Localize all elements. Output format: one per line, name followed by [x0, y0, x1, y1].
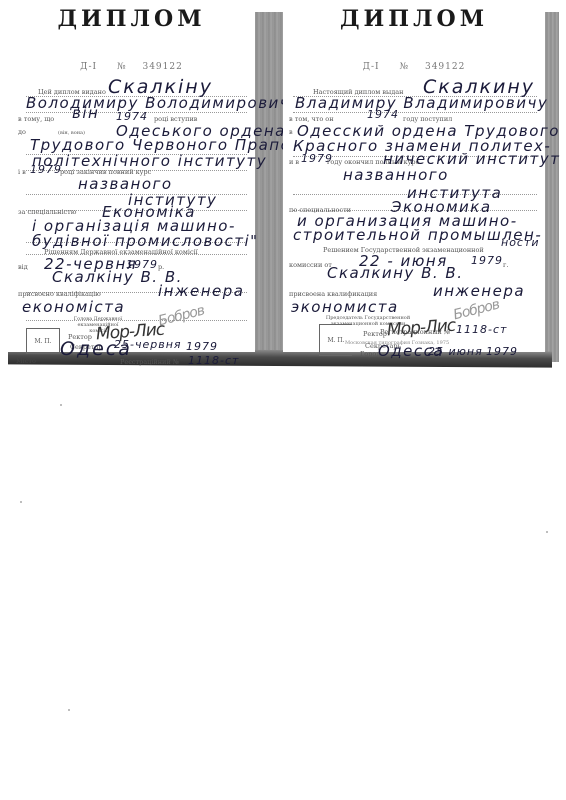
year-finished: 1979: [30, 163, 62, 176]
label-qualification: присвоена квалификация: [289, 290, 377, 298]
stamp-placeholder: М. П.: [26, 328, 60, 354]
registration-number-right: 1118-ст: [456, 323, 507, 336]
stamp-label: М. П.: [34, 338, 51, 345]
year-suffix: г.: [503, 261, 508, 269]
label-qualification: присвоєно кваліфікацію: [18, 290, 101, 298]
label-from: від: [18, 263, 28, 271]
diploma-page-ukrainian: ДИПЛОМ Д-I №349122 Цей диплом видано Ска…: [8, 0, 255, 352]
specialty-line-3b: ности: [501, 236, 540, 249]
scan-speck: [546, 531, 548, 533]
label-to: до: [18, 128, 26, 136]
diploma-serial: Д-I №349122: [8, 62, 255, 72]
number-label: №: [399, 62, 409, 72]
label-secretary: Секретар: [70, 343, 103, 351]
diploma-page-russian: ДИПЛОМ Д-I №349122 Настоящий диплом выда…: [283, 0, 545, 352]
diploma-title: ДИПЛОМ: [8, 6, 255, 32]
label-and-in: і в: [18, 168, 26, 176]
qualification-line-1: інженера: [158, 282, 244, 300]
year-entered: 1974: [367, 108, 399, 121]
number-label: №: [117, 62, 127, 72]
qualification-line-2: економіста: [22, 298, 125, 316]
recipient-given-names: Владимиру Владимировичу: [295, 94, 548, 112]
chairman-signature: Бобров: [452, 297, 501, 324]
label-from: комиссии от: [289, 261, 332, 269]
diploma-number: 349122: [425, 62, 465, 72]
qualification-line-1: инженера: [433, 282, 525, 300]
scan-speck: [68, 709, 70, 711]
printer-line: Московская типография Гознака, 1975: [345, 340, 449, 346]
label-specialty: за спеціальністю: [18, 208, 76, 216]
diploma-title: ДИПЛОМ: [283, 6, 545, 32]
qualification-line-2: экономиста: [291, 298, 399, 316]
stamp-label: М. П.: [327, 337, 344, 344]
diploma-number: 349122: [142, 62, 182, 72]
scan-speck: [60, 404, 62, 406]
recipient-short-name: Скалкину В. В.: [327, 264, 463, 282]
recipient-given-names: Володимиру Володимировичу: [26, 94, 301, 112]
series: Д-I: [80, 62, 97, 72]
label-registration-right: Регистрационный №: [380, 328, 450, 336]
book-spine-shadow: [255, 12, 283, 362]
decision-year: 1979: [471, 254, 503, 267]
scan-speck: [20, 501, 22, 503]
pronoun: він: [72, 104, 99, 122]
named-line-1: названного: [343, 166, 449, 184]
diploma-scan: ДИПЛОМ Д-I №349122 Цей диплом видано Ска…: [8, 0, 560, 372]
series: Д-I: [363, 62, 380, 72]
label-that: в тому, що: [18, 115, 54, 123]
diploma-serial: Д-I №349122: [283, 62, 545, 72]
right-edge-shadow: [545, 12, 559, 362]
label-city-left: Місто: [16, 357, 36, 365]
label-and-in: и в: [289, 158, 299, 166]
label-rector: Ректор: [68, 333, 92, 341]
rector-signature: Мор-Лис: [95, 320, 164, 345]
label-to: в: [289, 128, 293, 136]
